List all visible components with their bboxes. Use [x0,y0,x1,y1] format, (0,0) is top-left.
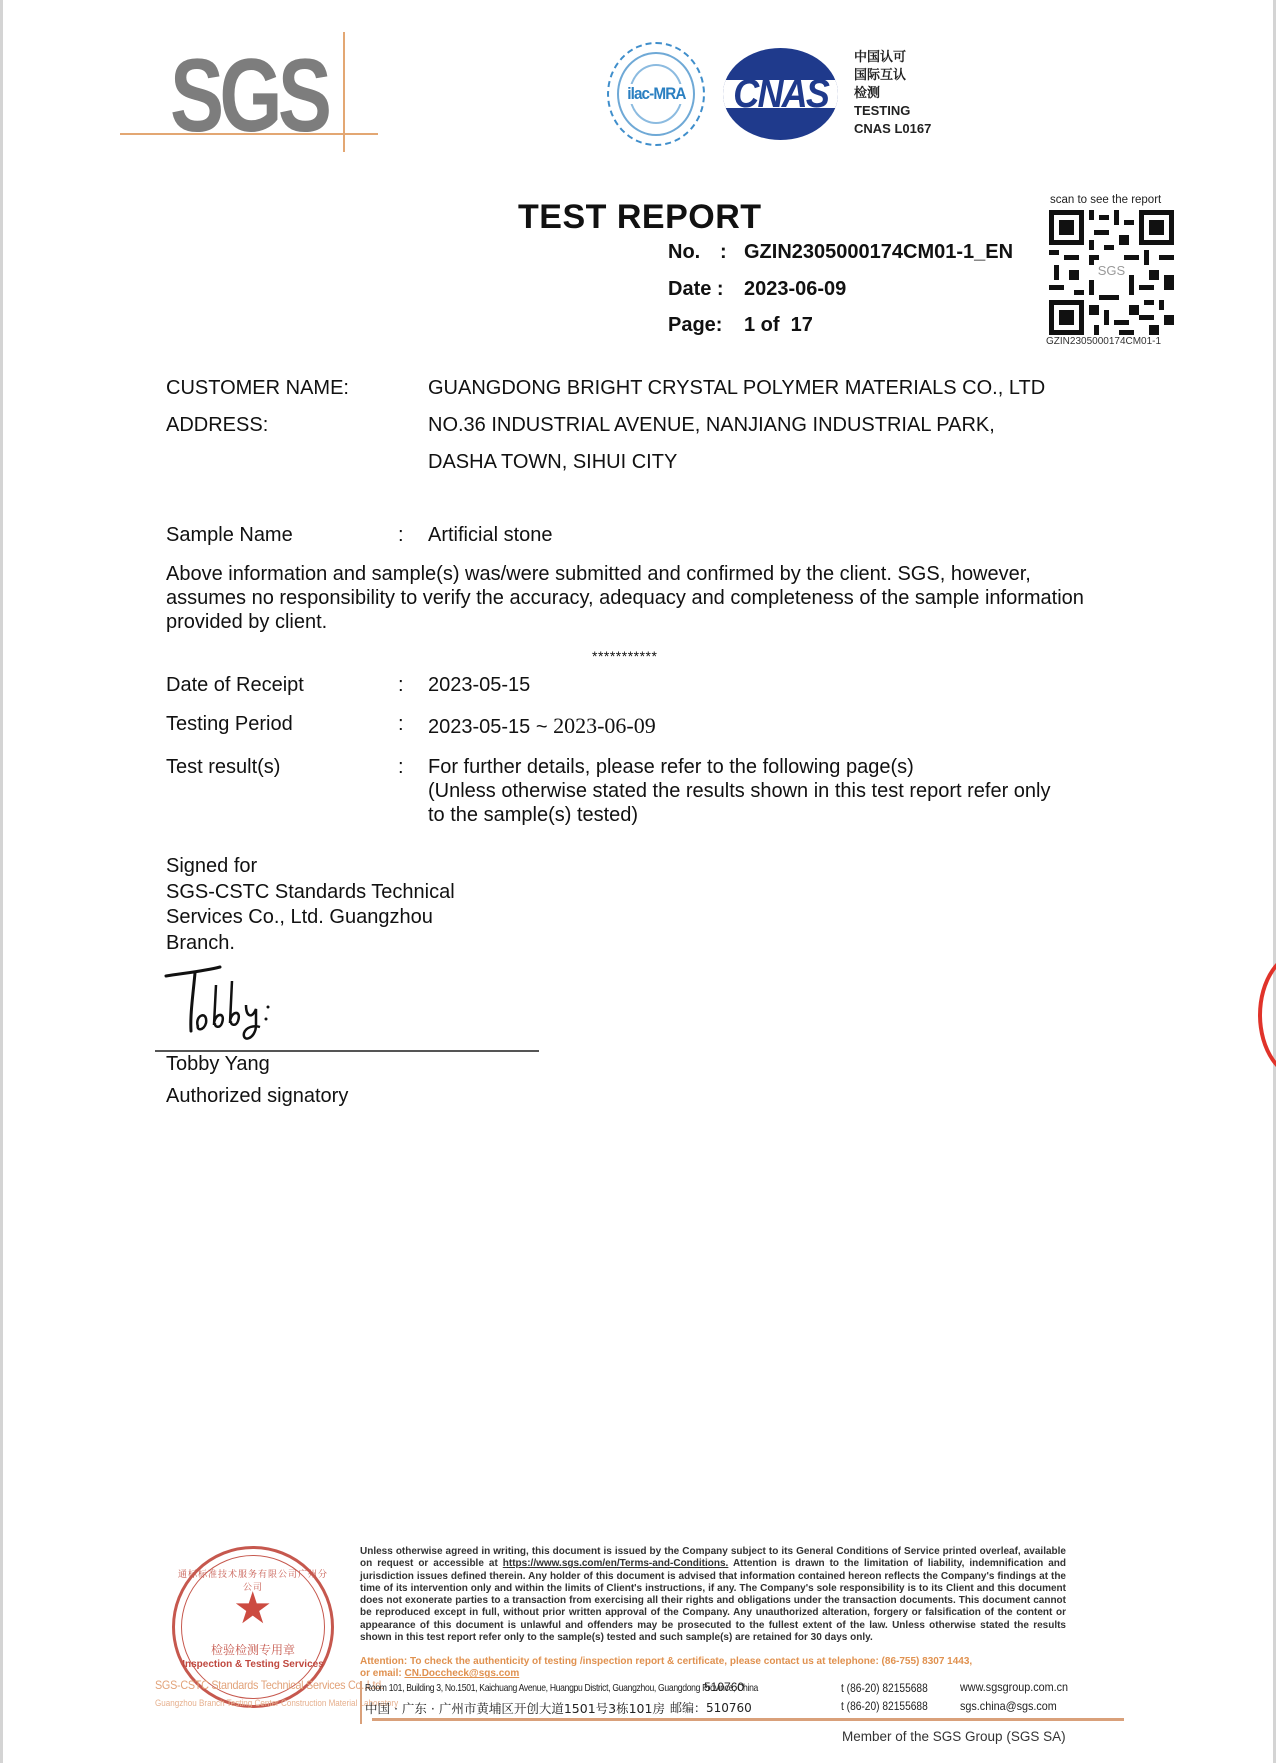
signed-for-line: SGS-CSTC Standards Technical [166,880,455,906]
report-no-colon: : [720,241,727,264]
test-results-line-1: For further details, please refer to the… [428,755,914,779]
doccheck-email-link[interactable]: CN.Doccheck@sgs.com [404,1668,519,1679]
address-divider [360,1681,362,1724]
signed-for-line: Branch. [166,931,455,957]
terms-link[interactable]: https://www.sgs.com/en/Terms-and-Conditi… [503,1558,729,1569]
address-label: ADDRESS: [166,413,268,437]
cnas-line: 中国认可 [854,48,931,66]
testing-period-label: Testing Period [166,712,293,736]
test-results-colon: : [398,755,404,779]
customer-name-label: CUSTOMER NAME: [166,376,349,400]
address-line-1: NO.36 INDUSTRIAL AVENUE, NANJIANG INDUST… [428,413,995,437]
signer-name: Tobby Yang [166,1053,270,1076]
address-chinese: 中国 · 广东 · 广州市黄埔区开创大道1501号3栋101房 [365,1699,665,1717]
ilac-logo-text: ilac-MRA [626,84,686,104]
test-results-label: Test result(s) [166,755,280,779]
partial-seal-icon [1258,950,1276,1080]
report-number: GZIN2305000174CM01-1_EN [744,241,1013,264]
logo-horizontal-rule [120,133,378,135]
cnas-accreditation-text: 中国认可 国际互认 检测 TESTING CNAS L0167 [854,48,931,138]
qr-center-label: SGS [1098,263,1126,278]
zip-code-english: 510760 [704,1680,744,1694]
handwritten-signature [160,955,300,1045]
seal-cn-text: 检验检测专用章 [175,1641,331,1658]
sample-name: Artificial stone [428,523,553,547]
member-statement: Member of the SGS Group (SGS SA) [842,1729,1066,1744]
report-no-label: No. [668,241,700,264]
logo-vertical-rule [343,32,345,152]
test-results-line-3: to the sample(s) tested) [428,803,638,827]
test-results-line-2: (Unless otherwise stated the results sho… [428,779,1051,803]
sample-name-colon: : [398,523,404,547]
qr-code-icon[interactable]: SGS [1049,210,1174,335]
website-link[interactable]: www.sgsgroup.com.cn [960,1680,1068,1694]
cnas-line: CNAS L0167 [854,120,931,138]
testing-period: 2023-05-15 ~ 2023-06-09 [428,714,656,739]
page-edge-left [0,0,3,1763]
zip-code-chinese: 邮编：510760 [670,1699,752,1716]
sample-name-label: Sample Name [166,523,293,547]
report-date: 2023-06-09 [744,278,846,301]
signed-for-line: Services Co., Ltd. Guangzhou [166,905,455,931]
cnas-logo: CNAS [723,48,838,140]
email-link[interactable]: sgs.china@sgs.com [960,1699,1057,1713]
testing-period-end: 2023-06-09 [553,713,656,738]
address-english: Room 101, Building 3, No.1501, Kaichuang… [365,1682,758,1694]
customer-name: GUANGDONG BRIGHT CRYSTAL POLYMER MATERIA… [428,376,1045,400]
cnas-line: TESTING [854,102,931,120]
attention-text: Attention: To check the authenticity of … [360,1656,1080,1668]
legal-disclaimer: Unless otherwise agreed in writing, this… [360,1546,1066,1644]
cnas-line: 检测 [854,84,931,102]
receipt-date: 2023-05-15 [428,673,530,697]
address-line-2: DASHA TOWN, SIHUI CITY [428,450,677,474]
authenticity-notice: Attention: To check the authenticity of … [360,1656,1080,1681]
testing-period-colon: : [398,712,404,736]
footer-rule [372,1718,1124,1721]
attention-email-prefix: or email: [360,1668,404,1679]
sample-disclaimer: Above information and sample(s) was/were… [166,562,1106,634]
testing-period-start: 2023-05-15 ~ [428,716,553,738]
cnas-line: 国际互认 [854,66,931,84]
receipt-date-label: Date of Receipt [166,673,304,697]
page-number: 1 of 17 [744,314,813,337]
telephone-1: t (86-20) 82155688 [841,1681,928,1695]
signed-for-block: Signed for SGS-CSTC Standards Technical … [166,854,455,956]
qr-id: GZIN2305000174CM01-1 [1046,336,1161,347]
signer-title: Authorized signatory [166,1085,348,1108]
footer-lab-name: Guangzhou Branch Testing Center Construc… [155,1698,398,1709]
date-label: Date : [668,278,724,301]
cnas-logo-text: CNAS [733,72,828,117]
separator-stars: *********** [592,648,657,664]
page-label: Page: [668,314,722,337]
legal-text-post: Attention is drawn to the limitation of … [360,1558,1066,1643]
qr-caption: scan to see the report [1050,194,1161,206]
telephone-2: t (86-20) 82155688 [841,1699,928,1713]
signature-line [155,1050,539,1052]
footer-company-name: SGS-CSTC Standards Technical Services Co… [155,1678,384,1692]
report-title: TEST REPORT [518,198,762,237]
signed-for-line: Signed for [166,854,455,880]
seal-en-text: Inspection & Testing Services [175,1659,331,1670]
receipt-colon: : [398,673,404,697]
ilac-mra-logo: ilac-MRA [607,42,705,146]
star-icon: ★ [233,1587,272,1631]
